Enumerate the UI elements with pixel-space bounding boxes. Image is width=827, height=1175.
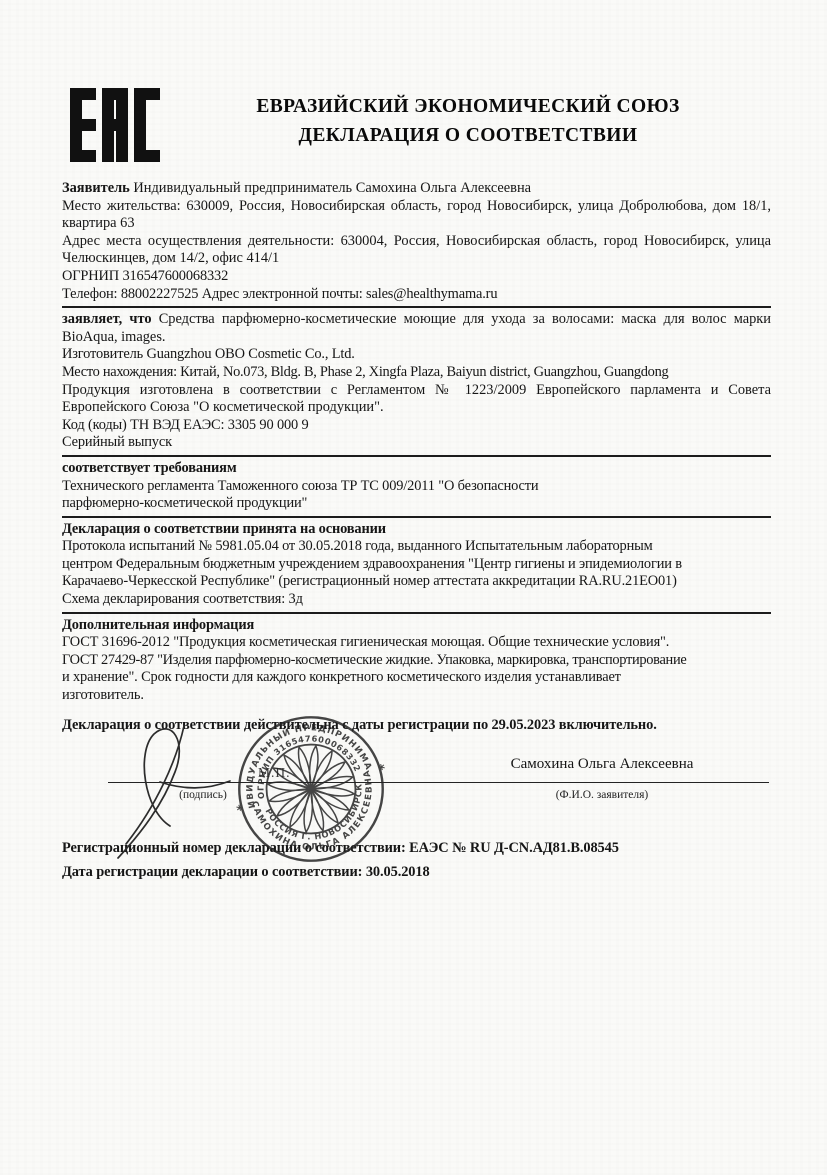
release-type: Серийный выпуск [62,434,771,452]
eac-conformity-mark-icon [70,88,160,162]
manufacturer-line: Изготовитель Guangzhou OBO Cosmetic Co.,… [62,346,771,364]
additional-info-line: ГОСТ 31696-2012 "Продукция косметическая… [62,634,771,652]
compliance-line: парфюмерно-косметической продукции" [62,495,771,513]
applicant-line: Заявитель Индивидуальный предприниматель… [62,180,771,198]
round-stamp: ИНДИВИДУАЛЬНЫЙ ПРЕДПРИНИМАТЕЛЬ САМОХИНА … [210,688,412,890]
section-divider [62,306,771,308]
stamp-star-left: * [235,803,246,819]
declaration-document-page: ЕВРАЗИЙСКИЙ ЭКОНОМИЧЕСКИЙ СОЮЗ ДЕКЛАРАЦИ… [0,0,827,1175]
compliance-header: соответствует требованиям [62,460,771,478]
document-title: ЕВРАЗИЙСКИЙ ЭКОНОМИЧЕСКИЙ СОЮЗ ДЕКЛАРАЦИ… [190,92,746,150]
product-declaration-section: заявляет, что Средства парфюмерно-космет… [62,311,771,452]
additional-info-line: изготовитель. [62,687,771,705]
compliance-line: Технического регламента Таможенного союз… [62,478,771,496]
basis-line: Карачаево-Черкесской Республике" (регист… [62,573,771,591]
section-divider [62,612,771,614]
fio-caption: (Ф.И.О. заявителя) [440,787,764,805]
union-name: ЕВРАЗИЙСКИЙ ЭКОНОМИЧЕСКИЙ СОЮЗ [190,92,746,121]
manufacturer-address: Место нахождения: Китай, No.073, Bldg. B… [62,364,771,382]
additional-info-header: Дополнительная информация [62,617,771,635]
basis-line: центром Федеральным бюджетным учреждение… [62,556,771,574]
basis-section: Декларация о соответствии принята на осн… [62,521,771,609]
applicant-section: Заявитель Индивидуальный предприниматель… [62,180,771,303]
applicant-label: Заявитель [62,180,130,196]
applicant-activity-address: Адрес места осуществления деятельности: … [62,233,771,268]
additional-info-line: и хранение". Срок годности для каждого к… [62,669,771,687]
tnved-code: Код (коды) ТН ВЭД ЕАЭС: 3305 90 000 9 [62,417,771,435]
document-type: ДЕКЛАРАЦИЯ О СООТВЕТСТВИИ [190,121,746,150]
signature-block: М.П. (подпись) Самохина Ольга Алексеевна… [62,748,771,828]
declaration-scheme: Схема декларирования соответствия: 3д [62,591,771,609]
applicant-name: Индивидуальный предприниматель Самохина … [133,180,531,196]
product-description: Средства парфюмерно-косметические моющие… [62,311,771,345]
applicant-residence: Место жительства: 630009, Россия, Новоси… [62,198,771,233]
section-divider [62,516,771,518]
compliance-section: соответствует требованиям Технического р… [62,460,771,513]
basis-header: Декларация о соответствии принята на осн… [62,521,771,539]
document-body: Заявитель Индивидуальный предприниматель… [62,180,771,884]
basis-line: Протокола испытаний № 5981.05.04 от 30.0… [62,538,771,556]
stamp-star-right: * [377,762,388,778]
declares-line: заявляет, что Средства парфюмерно-космет… [62,311,771,346]
additional-info-line: ГОСТ 27429-87 "Изделия парфюмерно-космет… [62,652,771,670]
applicant-fio: Самохина Ольга Алексеевна [440,756,764,774]
applicant-ogrnip: ОГРНИП 316547600068332 [62,268,771,286]
regulation-line: Продукция изготовлена в соответствии с Р… [62,382,771,417]
declares-label: заявляет, что [62,311,152,327]
additional-info-section: Дополнительная информация ГОСТ 31696-201… [62,617,771,705]
applicant-contacts: Телефон: 88002227525 Адрес электронной п… [62,286,771,304]
section-divider [62,455,771,457]
